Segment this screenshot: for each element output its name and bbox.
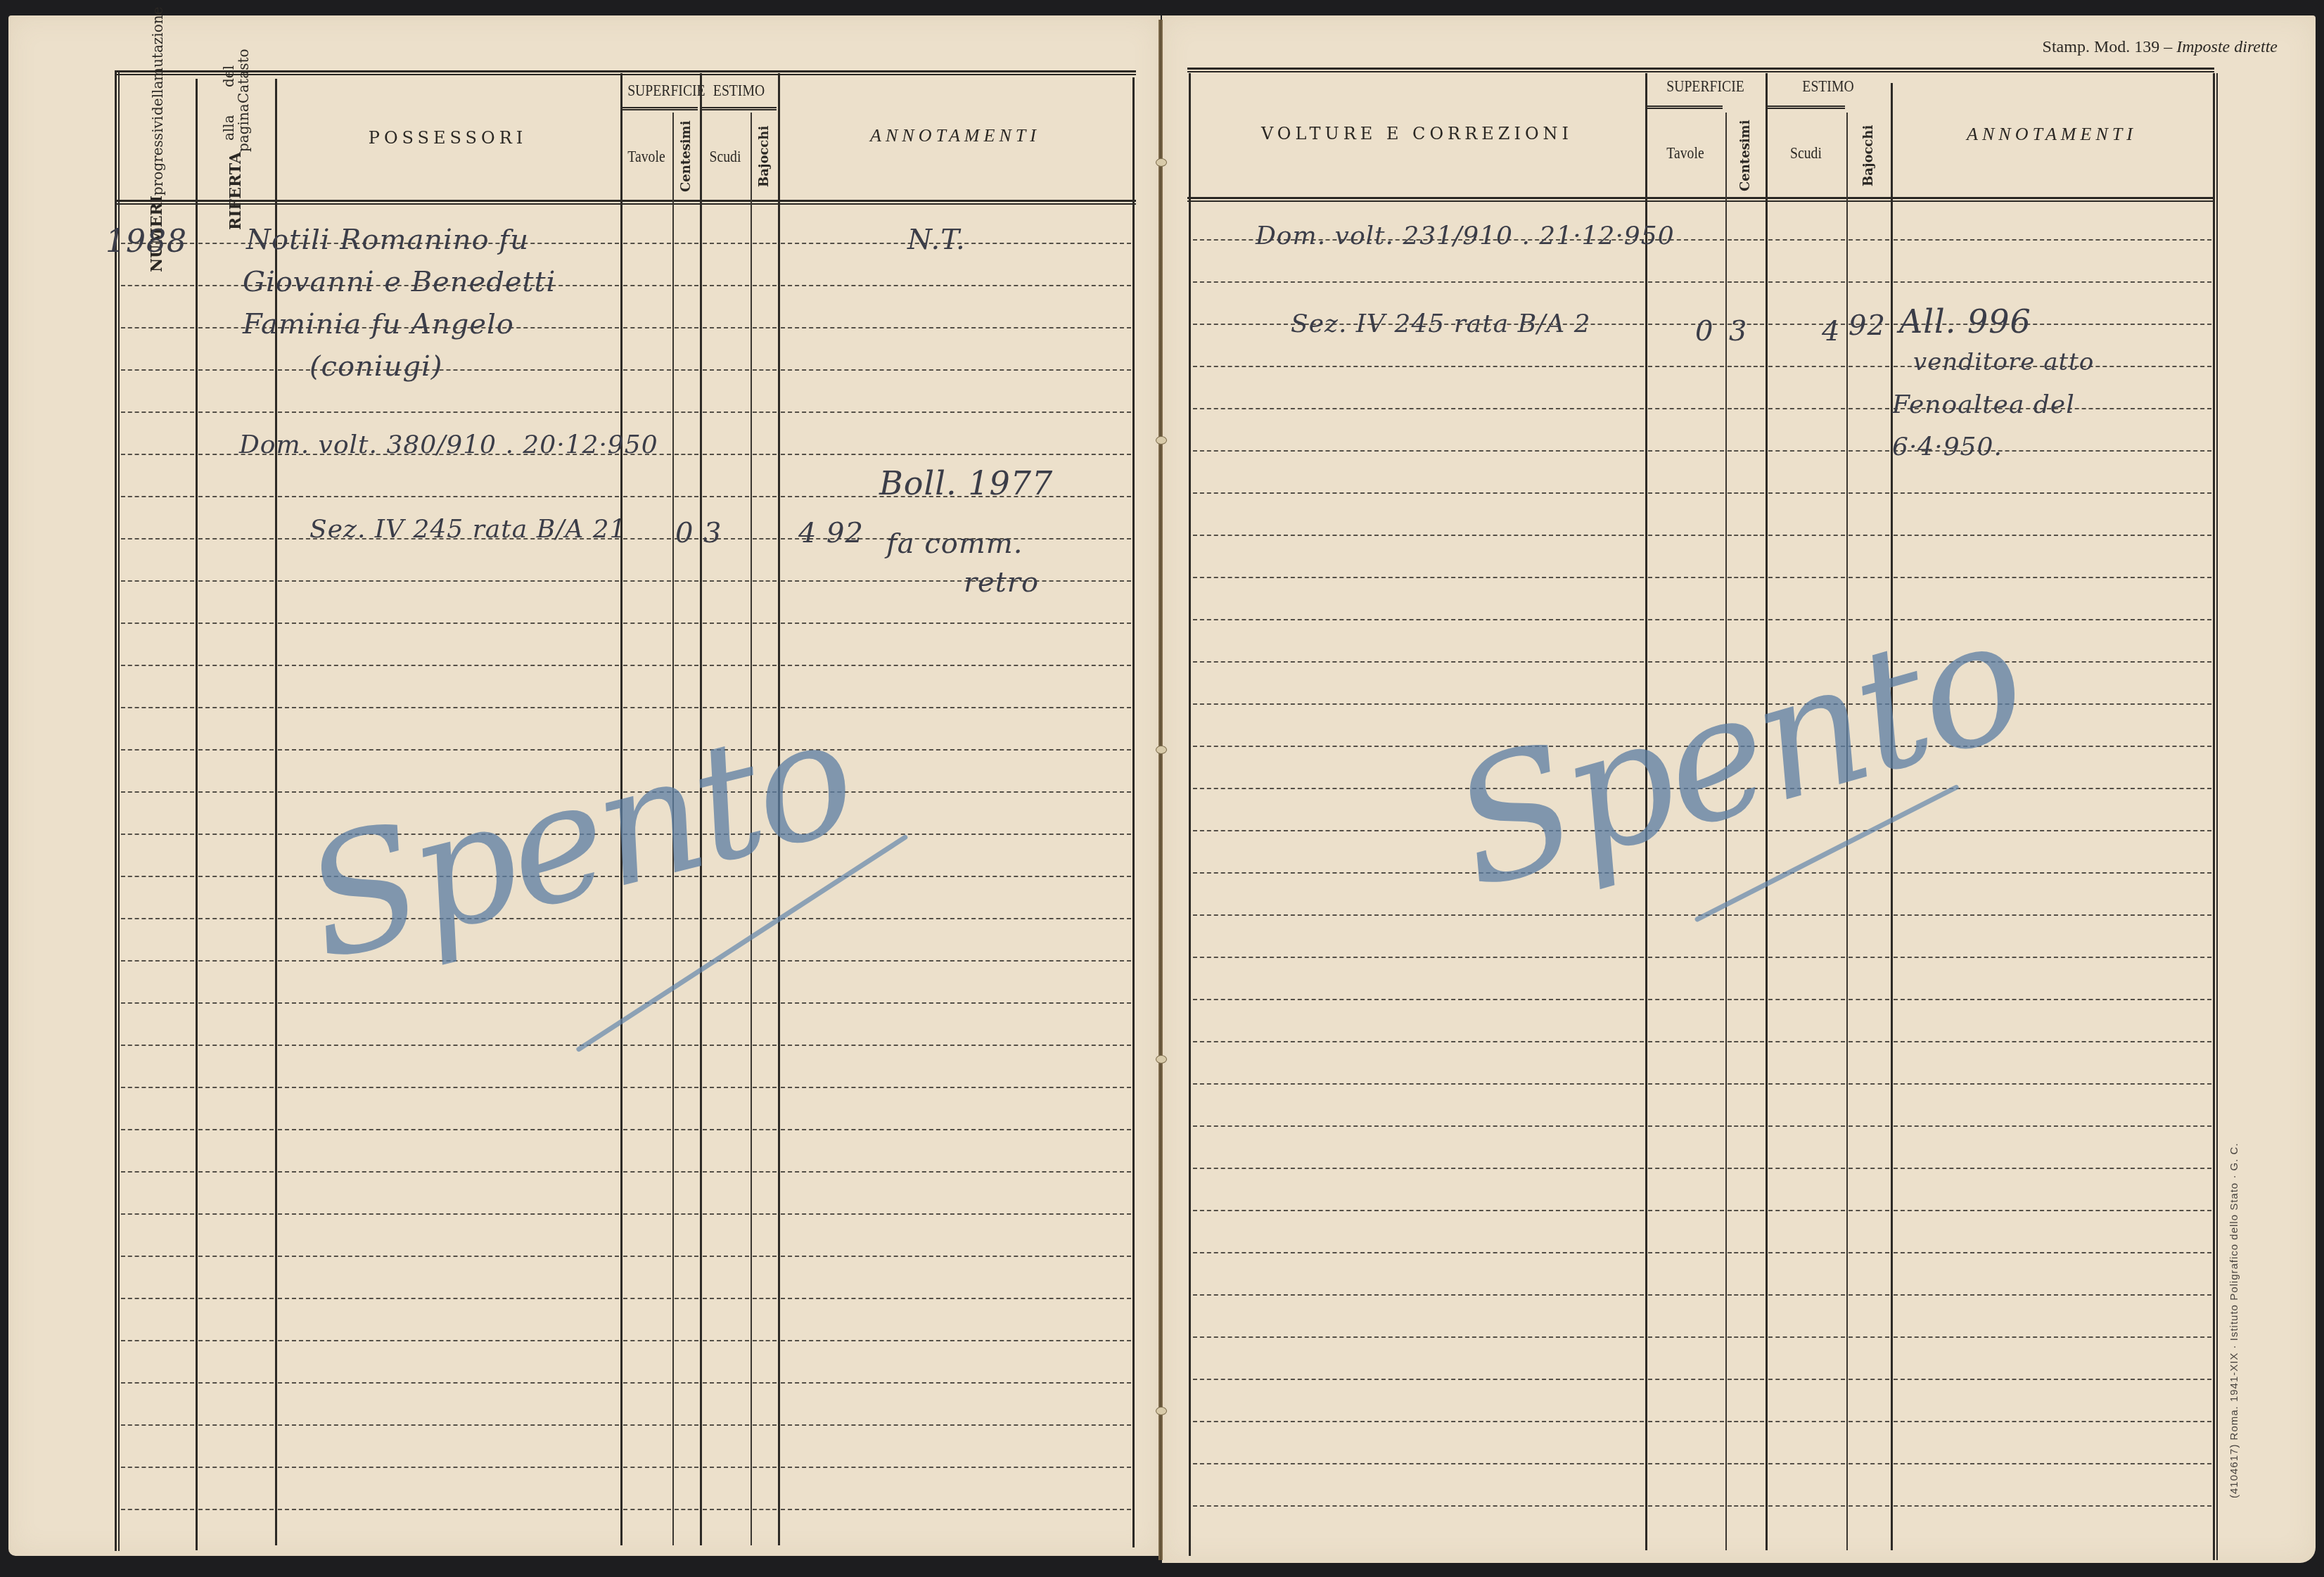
ruled-line [1894,535,2211,536]
ruled-line [1193,408,1644,409]
ruled-line [1193,366,1644,367]
ruled-line [1768,1336,1845,1338]
ruled-line [1849,1421,1889,1422]
header-bajocchi: Bajocchi [1848,116,1890,195]
parcel-line: Sez. IV 245 rata B/A 2 [1291,309,1591,338]
ruled-line [1193,661,1644,663]
ruled-line [1193,535,1644,536]
ruled-line [1193,999,1644,1000]
ruled-line [1894,1505,2211,1507]
superficie-tavole-value: 0 [675,517,694,549]
ruled-line [1768,619,1845,620]
ruled-line [1894,830,2211,831]
ruled-line [1648,366,1724,367]
ruled-line [1894,872,2211,874]
ruled-line [1193,619,1644,620]
ruled-line [1894,1379,2211,1380]
ruled-line [1849,1463,1889,1464]
ruled-line [1193,1041,1644,1042]
ruled-line [1728,1168,1764,1169]
ruled-line [1648,1252,1724,1253]
ruled-line [1728,1210,1764,1211]
ruled-line [1849,914,1889,916]
ruled-line [1849,1210,1889,1211]
ruled-line [1849,281,1889,283]
ruled-line [1648,1505,1724,1507]
ruled-line [1728,1083,1764,1085]
ruled-line [1768,1294,1845,1296]
header-superficie: SUPERFICIE [1656,77,1754,96]
ruled-line [1849,999,1889,1000]
estimo-bajocchi-value: 92 [1849,309,1886,342]
ruled-line [1768,1041,1845,1042]
ruled-line [1894,1336,2211,1338]
ruled-line [1849,239,1889,241]
ruled-line [1768,492,1845,494]
ruled-line [1648,1125,1724,1127]
ruled-line [1849,1379,1889,1380]
ruled-line [1648,1168,1724,1169]
superficie-centesimi-value: 3 [1729,315,1747,347]
ruled-line [1648,450,1724,452]
ruled-line [1894,1463,2211,1464]
printer-mark: (4104617) Roma. 1941-XIX · Istituto Poli… [2228,1034,2240,1498]
ruled-line [1728,1125,1764,1127]
ruled-line [1849,450,1889,452]
ruled-line [1849,1505,1889,1507]
ruled-line [1193,450,1644,452]
ruled-line [1768,1168,1845,1169]
estimo-bajocchi-value: 92 [826,517,864,549]
header-annotamenti: ANNOTAMENTI [1891,124,2213,145]
ruled-line [1648,1379,1724,1380]
ruled-line [1648,914,1724,916]
ruled-line [1894,1210,2211,1211]
ruled-line [1849,408,1889,409]
ruled-line [1193,1252,1644,1253]
estimo-scudi-value: 4 [798,517,817,549]
ruled-line [1728,1252,1764,1253]
ruled-line [1728,1463,1764,1464]
ruled-line [1849,1125,1889,1127]
ruled-line [1894,914,2211,916]
ruled-line [1849,1083,1889,1085]
ruled-line [1193,1210,1644,1211]
ruled-line [1768,408,1845,409]
ruled-line [1894,1083,2211,1085]
ruled-line [1768,1505,1845,1507]
possessori-line-3: Faminia fu Angelo [243,308,514,340]
annotamento-3: Fenoaltea del [1892,390,2075,419]
form-id: Stamp. Mod. 139 – Imposte dirette [2043,38,2278,57]
ruled-line [1193,1083,1644,1085]
ruled-line [1728,999,1764,1000]
ruled-line [1849,366,1889,367]
ruled-line [1193,492,1644,494]
ruled-line [1648,1083,1724,1085]
ruled-line [1648,1421,1724,1422]
annotamento-2: venditore atto [1913,348,2094,376]
possessori-line-4: (coniugi) [309,350,442,383]
ruled-line [1894,1168,2211,1169]
ruled-line [1728,239,1764,241]
annotamento-4: 6·4·950. [1892,433,2003,461]
ruled-line [1648,1336,1724,1338]
ruled-line [1768,872,1845,874]
ruled-line [1648,957,1724,958]
ruled-line [1768,535,1845,536]
ruled-line [1193,1421,1644,1422]
ruled-line [1768,1421,1845,1422]
ruled-line [1193,281,1644,283]
ruled-line [1768,239,1845,241]
ruled-line [1768,1083,1845,1085]
ruled-line [1849,577,1889,578]
ruled-line [1849,1336,1889,1338]
ruled-line [1768,281,1845,283]
ruled-line [1728,281,1764,283]
ruled-line [1193,1125,1644,1127]
ruled-line [1648,577,1724,578]
ruled-line [1728,366,1764,367]
possessori-line-1: Notili Romanino fu [246,224,529,256]
ruled-line [1894,577,2211,578]
ruled-line [1894,1252,2211,1253]
ruled-line [1728,1294,1764,1296]
ruled-line [1728,535,1764,536]
mutation-number: 1988 [106,224,187,260]
ruled-line [1648,492,1724,494]
ruled-line [1728,872,1764,874]
ruled-line [1193,957,1644,958]
ruled-line [1648,408,1724,409]
ruled-line [1728,619,1764,620]
ruled-line [1648,281,1724,283]
ruled-line [1768,1210,1845,1211]
ruled-line [1849,492,1889,494]
superficie-centesimi-value: 3 [703,517,722,549]
ruled-line [1894,957,2211,958]
ruled-line [1894,1125,2211,1127]
ruled-line [1648,1210,1724,1211]
ruled-line [1193,577,1644,578]
ruled-line [1648,619,1724,620]
annotamento-4: retro [964,566,1039,599]
annotamento-1: N.T. [907,224,966,256]
ruled-line [1849,1294,1889,1296]
ruled-line [1768,914,1845,916]
ruled-line [1894,999,2211,1000]
parcel-line: Sez. IV 245 rata B/A 21 [309,515,627,544]
header-estimo: ESTIMO [1777,77,1879,96]
ruled-line [1728,957,1764,958]
ruled-line [1849,1168,1889,1169]
ruled-line [1849,1252,1889,1253]
ruled-line [1648,1463,1724,1464]
annotamento-3: fa comm. [886,528,1023,560]
ruled-line [1768,577,1845,578]
ruled-line [1768,1463,1845,1464]
ruled-line [1728,408,1764,409]
ruled-line [1894,492,2211,494]
ruled-line [1193,1294,1644,1296]
ruled-line [1728,1336,1764,1338]
header-scudi: Scudi [1773,144,1839,163]
ruled-line [1728,1041,1764,1042]
ruled-line [1768,999,1845,1000]
ruled-line [1768,957,1845,958]
ruled-line [1728,577,1764,578]
ruled-line [1849,872,1889,874]
estimo-scudi-value: 4 [1822,315,1840,347]
ruled-line [1648,999,1724,1000]
header-tavole: Tavole [1652,144,1718,163]
ruled-line [1193,914,1644,916]
ruled-line [1193,1463,1644,1464]
annotamento-2: Boll. 1977 [879,464,1053,502]
voltura-line: Dom. volt. 231/910 . 21·12·950 [1256,222,1675,250]
ruled-line [1768,450,1845,452]
ruled-line [1894,1294,2211,1296]
header-volture-e-correzioni: VOLTURE E CORREZIONI [1189,124,1645,143]
possessori-line-2: Giovanni e Benedetti [243,266,556,298]
superficie-tavole-value: 0 [1695,315,1713,347]
ruled-line [1728,1505,1764,1507]
ruled-line [1768,1125,1845,1127]
ruled-line [1193,1379,1644,1380]
ruled-line [1894,281,2211,283]
ruled-line [1648,1294,1724,1296]
ruled-line [1193,1505,1644,1507]
annotamento-1: All. 996 [1899,302,2031,340]
ruled-line [1849,957,1889,958]
ruled-line [1648,1041,1724,1042]
ruled-line [1728,450,1764,452]
header-centesimi: Centesimi [1727,116,1765,195]
ruled-line [1768,1252,1845,1253]
ruled-line [1894,239,2211,241]
ruled-line [1648,535,1724,536]
voltura-line: Dom. volt. 380/910 . 20·12·950 [239,430,658,459]
ruled-line [1849,535,1889,536]
ruled-line [1728,1421,1764,1422]
ruled-line [1728,1379,1764,1380]
ruled-line [1849,1041,1889,1042]
ruled-line [1728,492,1764,494]
ruled-line [1728,914,1764,916]
ruled-line [1193,1168,1644,1169]
ruled-line [1894,1041,2211,1042]
ruled-line [1193,1336,1644,1338]
ruled-line [1768,1379,1845,1380]
ruled-line [1894,1421,2211,1422]
ruled-line [1768,366,1845,367]
